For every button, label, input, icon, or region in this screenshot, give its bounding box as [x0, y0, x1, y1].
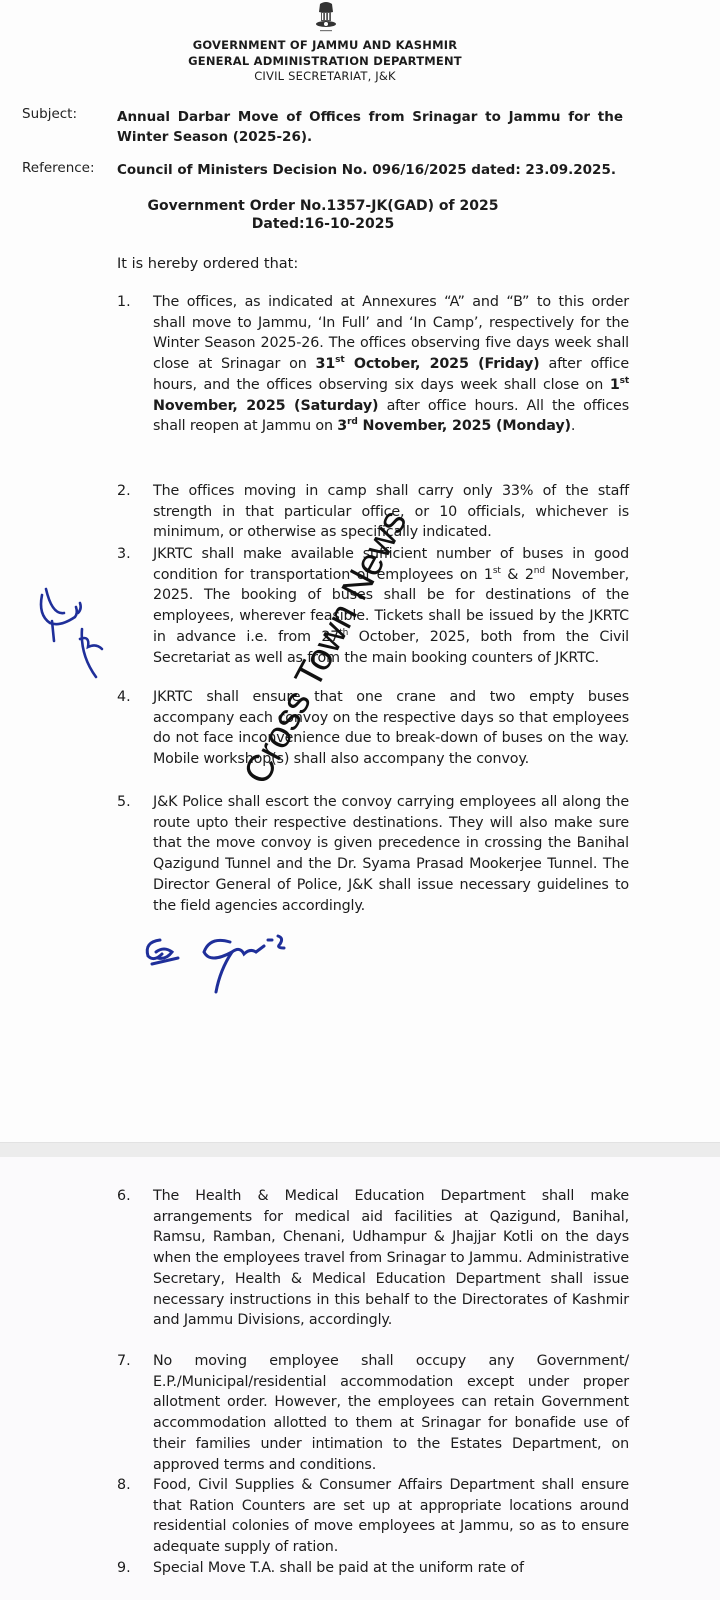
- item-text: Special Move T.A. shall be paid at the u…: [153, 1558, 629, 1579]
- item-number: 4.: [117, 687, 147, 708]
- page-separator: [0, 1142, 720, 1158]
- order-date: Dated:16-10-2025: [118, 216, 528, 233]
- item-number: 6.: [117, 1186, 147, 1207]
- item-text: JKRTC shall ensure that one crane and tw…: [153, 687, 629, 770]
- order-intro: It is hereby ordered that:: [117, 256, 298, 272]
- item-number: 1.: [117, 292, 147, 313]
- header-government: GOVERNMENT OF JAMMU AND KASHMIR: [140, 38, 510, 52]
- reference-label: Reference:: [22, 160, 95, 176]
- order-item: 5.J&K Police shall escort the convoy car…: [117, 792, 629, 916]
- item-number: 5.: [117, 792, 147, 813]
- item-text: The Health & Medical Education Departmen…: [153, 1186, 629, 1331]
- national-emblem-icon: [311, 0, 341, 34]
- officer-signature-icon: [140, 930, 320, 1000]
- order-item: 4.JKRTC shall ensure that one crane and …: [117, 687, 629, 770]
- order-title: Government Order No.1357-JK(GAD) of 2025: [118, 198, 528, 215]
- header-department: GENERAL ADMINISTRATION DEPARTMENT: [140, 54, 510, 68]
- subject-label: Subject:: [22, 106, 77, 122]
- item-number: 8.: [117, 1475, 147, 1496]
- item-text: The offices, as indicated at Annexures “…: [153, 292, 629, 437]
- order-item: 1.The offices, as indicated at Annexures…: [117, 292, 629, 437]
- order-item: 6.The Health & Medical Education Departm…: [117, 1186, 629, 1331]
- item-number: 2.: [117, 481, 147, 502]
- subject-text: Annual Darbar Move of Offices from Srina…: [117, 107, 623, 147]
- item-number: 9.: [117, 1558, 147, 1579]
- margin-initials-signature-icon: [30, 585, 110, 685]
- order-item: 9.Special Move T.A. shall be paid at the…: [117, 1558, 629, 1579]
- item-text: J&K Police shall escort the convoy carry…: [153, 792, 629, 916]
- reference-text: Council of Ministers Decision No. 096/16…: [117, 160, 623, 180]
- item-number: 7.: [117, 1351, 147, 1372]
- item-number: 3.: [117, 544, 147, 565]
- item-text: No moving employee shall occupy any Gove…: [153, 1351, 629, 1475]
- item-text: Food, Civil Supplies & Consumer Affairs …: [153, 1475, 629, 1558]
- order-item: 8.Food, Civil Supplies & Consumer Affair…: [117, 1475, 629, 1558]
- order-item: 7.No moving employee shall occupy any Go…: [117, 1351, 629, 1475]
- header-secretariat: CIVIL SECRETARIAT, J&K: [140, 69, 510, 83]
